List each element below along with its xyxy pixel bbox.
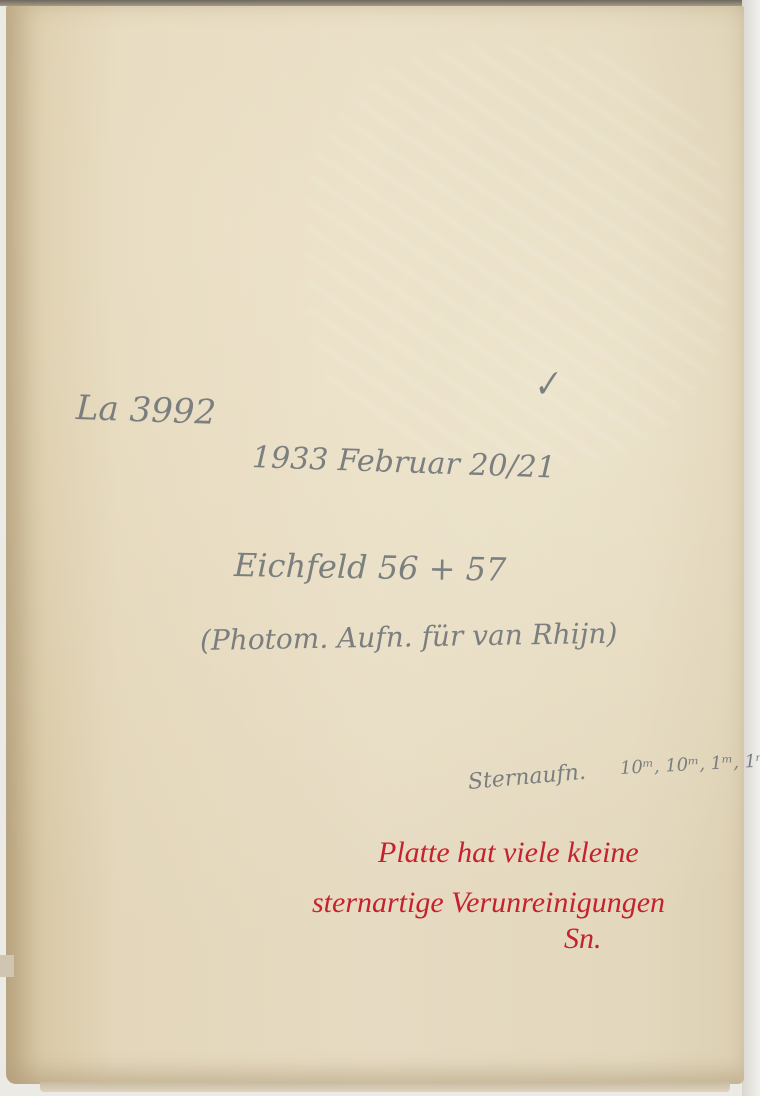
scan-backdrop — [742, 0, 760, 1096]
remark-line-2: sternartige Verunreinigungen — [312, 886, 665, 920]
field-name: Eichfeld 56 + 57 — [234, 546, 507, 589]
envelope-bottom-fold — [40, 1082, 730, 1092]
paper-sheen — [306, 46, 726, 466]
plate-envelope — [6, 6, 744, 1084]
remark-initials: Sn. — [564, 922, 602, 956]
envelope-left-tab — [0, 955, 14, 977]
remark-line-1: Platte hat viele kleine — [378, 836, 639, 870]
plate-id: La 3992 — [75, 388, 216, 433]
